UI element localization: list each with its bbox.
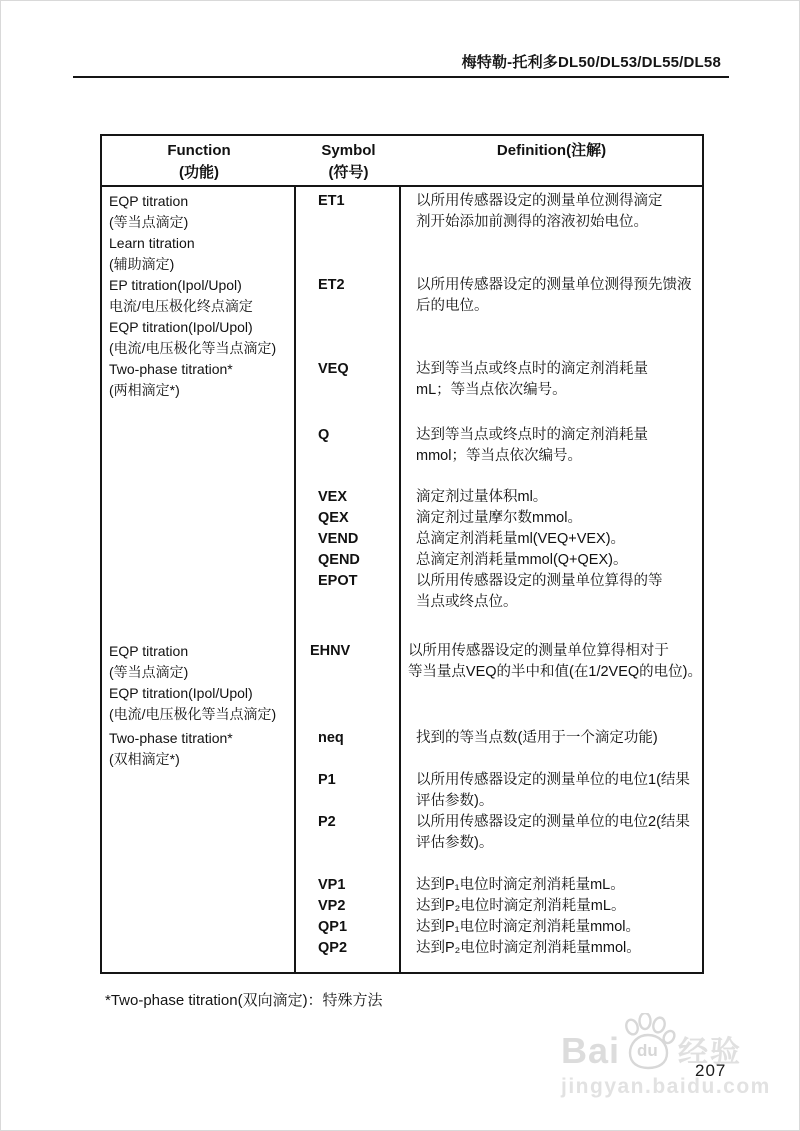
definition-line: 当点或终点位。 (416, 592, 702, 613)
definition-cell: 滴定剂过量摩尔数mmol。 (401, 508, 702, 529)
column-header-definition-label: Definition(注解) (401, 140, 702, 162)
table-row-group: VP1达到P₁电位时滴定剂消耗量mL。VP2达到P₂电位时滴定剂消耗量mL。QP… (102, 875, 702, 959)
table-body: EQP titration(等当点滴定)Learn titration(辅助滴定… (102, 187, 702, 972)
definition-line: 剂开始添加前测得的溶液初始电位。 (416, 212, 702, 233)
function-label: EQP titration(Ipol/Upol) (109, 317, 296, 338)
definition-line: 后的电位。 (416, 296, 702, 317)
definition-line: 评估参数)。 (416, 833, 702, 854)
definition-cell: 以所用传感器设定的测量单位算得的等当点或终点位。 (401, 571, 702, 613)
function-cell: EQP titration(等当点滴定)Learn titration(辅助滴定… (102, 191, 296, 275)
definition-line: 以所用传感器设定的测量单位的电位1(结果 (416, 770, 702, 791)
function-label: Two-phase titration* (109, 728, 296, 749)
column-header-definition: Definition(注解) (401, 136, 702, 185)
definition-line: 以所用传感器设定的测量单位算得相对于 (408, 641, 702, 662)
table-row-group: P1以所用传感器设定的测量单位的电位1(结果评估参数)。 (102, 770, 702, 812)
definition-cell: 达到P₂电位时滴定剂消耗量mL。 (401, 896, 702, 917)
symbol-label: P2 (296, 812, 401, 833)
symbol-label: VEX (296, 487, 401, 508)
table-row: VEX滴定剂过量体积ml。 (296, 487, 702, 508)
column-divider-1 (294, 187, 296, 972)
definition-line: 以所用传感器设定的测量单位测得预先馈液 (416, 275, 702, 296)
paw-icon: du (621, 1013, 677, 1071)
function-label: EQP titration(Ipol/Upol) (109, 683, 288, 704)
definition-cell: 以所用传感器设定的测量单位算得相对于等当量点VEQ的半中和值(在1/2VEQ的电… (393, 641, 702, 683)
table-row-group: VEX滴定剂过量体积ml。QEX滴定剂过量摩尔数mmol。VEND总滴定剂消耗量… (102, 487, 702, 613)
symbol-label: VP2 (296, 896, 401, 917)
table-row: QP1达到P₁电位时滴定剂消耗量mmol。 (296, 917, 702, 938)
definition-line: 以所用传感器设定的测量单位测得滴定 (416, 191, 702, 212)
function-label: EP titration(Ipol/Upol) (109, 275, 296, 296)
function-label: (辅助滴定) (109, 254, 296, 275)
watermark-du-text: du (637, 1041, 658, 1061)
function-label: EQP titration (109, 191, 296, 212)
definition-cell: 达到P₁电位时滴定剂消耗量mmol。 (401, 917, 702, 938)
header-rule (73, 76, 729, 78)
definition-cell: 以所用传感器设定的测量单位的电位1(结果评估参数)。 (401, 770, 702, 812)
column-header-function: Function (功能) (102, 136, 296, 185)
definition-line: 评估参数)。 (416, 791, 702, 812)
function-cell: Two-phase titration*(双相滴定*) (102, 728, 296, 770)
table-row-group: EP titration(Ipol/Upol)电流/电压极化终点滴定EQP ti… (102, 275, 702, 359)
symbol-definition-cell: VEX滴定剂过量体积ml。QEX滴定剂过量摩尔数mmol。VEND总滴定剂消耗量… (296, 487, 702, 613)
symbol-definition-cell: VEQ达到等当点或终点时的滴定剂消耗量mL；等当点依次编号。 (296, 359, 702, 401)
table-row: VEND总滴定剂消耗量ml(VEQ+VEX)。 (296, 529, 702, 550)
running-header-title: 梅特勒-托利多DL50/DL53/DL55/DL58 (462, 51, 721, 72)
function-cell: EQP titration(等当点滴定)EQP titration(Ipol/U… (102, 641, 288, 725)
definition-line: 达到P₂电位时滴定剂消耗量mL。 (416, 896, 702, 917)
function-label: Two-phase titration* (109, 359, 296, 380)
symbol-definition-cell: EHNV以所用传感器设定的测量单位算得相对于等当量点VEQ的半中和值(在1/2V… (288, 641, 702, 683)
function-label: (两相滴定*) (109, 380, 296, 401)
table-row: EHNV以所用传感器设定的测量单位算得相对于等当量点VEQ的半中和值(在1/2V… (288, 641, 702, 683)
definition-line: 以所用传感器设定的测量单位的电位2(结果 (416, 812, 702, 833)
symbol-definition-cell: ET1以所用传感器设定的测量单位测得滴定剂开始添加前测得的溶液初始电位。 (296, 191, 702, 233)
definition-cell: 总滴定剂消耗量ml(VEQ+VEX)。 (401, 529, 702, 550)
symbol-definition-cell: Q达到等当点或终点时的滴定剂消耗量mmol；等当点依次编号。 (296, 425, 702, 467)
definition-cell: 找到的等当点数(适用于一个滴定功能) (401, 728, 702, 749)
table-row-group: EQP titration(等当点滴定)EQP titration(Ipol/U… (102, 641, 702, 725)
symbol-label: ET1 (296, 191, 401, 212)
watermark-url-text: jingyan.baidu.com (561, 1075, 771, 1099)
definition-cell: 滴定剂过量体积ml。 (401, 487, 702, 508)
function-label: (电流/电压极化等当点滴定) (109, 338, 296, 359)
document-page: 梅特勒-托利多DL50/DL53/DL55/DL58 Function (功能)… (0, 0, 800, 1131)
table-row: QP2达到P₂电位时滴定剂消耗量mmol。 (296, 938, 702, 959)
symbol-definition-table: Function (功能) Symbol (符号) Definition(注解)… (100, 134, 704, 974)
symbol-label: VEND (296, 529, 401, 550)
symbol-label: QP2 (296, 938, 401, 959)
table-row-group: Two-phase titration*(双相滴定*)neq找到的等当点数(适用… (102, 728, 702, 770)
symbol-definition-cell: ET2以所用传感器设定的测量单位测得预先馈液后的电位。 (296, 275, 702, 317)
symbol-label: Q (296, 425, 401, 446)
symbol-label: ET2 (296, 275, 401, 296)
table-footnote: *Two-phase titration(双向滴定)：特殊方法 (105, 989, 383, 1010)
column-header-function-zh: (功能) (102, 162, 296, 184)
function-label: 电流/电压极化终点滴定 (109, 296, 296, 317)
definition-line: mmol；等当点依次编号。 (416, 446, 702, 467)
table-row: QEND总滴定剂消耗量mmol(Q+QEX)。 (296, 550, 702, 571)
definition-line: mL；等当点依次编号。 (416, 380, 702, 401)
definition-line: 达到等当点或终点时的滴定剂消耗量 (416, 359, 702, 380)
definition-line: 达到P₁电位时滴定剂消耗量mL。 (416, 875, 702, 896)
table-row: neq找到的等当点数(适用于一个滴定功能) (296, 728, 702, 749)
function-label: (等当点滴定) (109, 662, 288, 683)
table-row: P1以所用传感器设定的测量单位的电位1(结果评估参数)。 (296, 770, 702, 812)
column-divider-2 (399, 187, 401, 972)
definition-line: 达到等当点或终点时的滴定剂消耗量 (416, 425, 702, 446)
function-cell: Two-phase titration*(两相滴定*) (102, 359, 296, 401)
symbol-definition-cell: neq找到的等当点数(适用于一个滴定功能) (296, 728, 702, 749)
symbol-label: neq (296, 728, 401, 749)
definition-line: 等当量点VEQ的半中和值(在1/2VEQ的电位)。 (408, 662, 702, 683)
symbol-label: P1 (296, 770, 401, 791)
symbol-definition-cell: P2以所用传感器设定的测量单位的电位2(结果评估参数)。 (296, 812, 702, 854)
definition-line: 滴定剂过量体积ml。 (416, 487, 702, 508)
symbol-label: QEX (296, 508, 401, 529)
symbol-label: EPOT (296, 571, 401, 592)
table-header-row: Function (功能) Symbol (符号) Definition(注解) (102, 136, 702, 187)
table-row: QEX滴定剂过量摩尔数mmol。 (296, 508, 702, 529)
symbol-definition-cell: P1以所用传感器设定的测量单位的电位1(结果评估参数)。 (296, 770, 702, 812)
definition-cell: 以所用传感器设定的测量单位测得预先馈液后的电位。 (401, 275, 702, 317)
page-number: 207 (695, 1061, 726, 1081)
table-row-group: Q达到等当点或终点时的滴定剂消耗量mmol；等当点依次编号。 (102, 425, 702, 467)
table-row-group: P2以所用传感器设定的测量单位的电位2(结果评估参数)。 (102, 812, 702, 854)
symbol-label: QP1 (296, 917, 401, 938)
table-row: ET1以所用传感器设定的测量单位测得滴定剂开始添加前测得的溶液初始电位。 (296, 191, 702, 233)
table-row: Q达到等当点或终点时的滴定剂消耗量mmol；等当点依次编号。 (296, 425, 702, 467)
definition-line: 以所用传感器设定的测量单位算得的等 (416, 571, 702, 592)
definition-line: 找到的等当点数(适用于一个滴定功能) (416, 728, 702, 749)
definition-cell: 以所用传感器设定的测量单位测得滴定剂开始添加前测得的溶液初始电位。 (401, 191, 702, 233)
definition-cell: 以所用传感器设定的测量单位的电位2(结果评估参数)。 (401, 812, 702, 854)
function-label: (等当点滴定) (109, 212, 296, 233)
function-label: (电流/电压极化等当点滴定) (109, 704, 288, 725)
table-row-group: Two-phase titration*(两相滴定*)VEQ达到等当点或终点时的… (102, 359, 702, 401)
table-row: ET2以所用传感器设定的测量单位测得预先馈液后的电位。 (296, 275, 702, 317)
symbol-label: VP1 (296, 875, 401, 896)
symbol-definition-cell: VP1达到P₁电位时滴定剂消耗量mL。VP2达到P₂电位时滴定剂消耗量mL。QP… (296, 875, 702, 959)
table-row: P2以所用传感器设定的测量单位的电位2(结果评估参数)。 (296, 812, 702, 854)
baidu-jingyan-watermark: Bai du 经验 jingyan.baidu.com (561, 1013, 771, 1099)
column-header-symbol: Symbol (符号) (296, 136, 401, 185)
table-row: VP1达到P₁电位时滴定剂消耗量mL。 (296, 875, 702, 896)
table-row: VEQ达到等当点或终点时的滴定剂消耗量mL；等当点依次编号。 (296, 359, 702, 401)
definition-cell: 达到等当点或终点时的滴定剂消耗量mL；等当点依次编号。 (401, 359, 702, 401)
table-row: VP2达到P₂电位时滴定剂消耗量mL。 (296, 896, 702, 917)
function-label: (双相滴定*) (109, 749, 296, 770)
symbol-label: QEND (296, 550, 401, 571)
table-row: EPOT以所用传感器设定的测量单位算得的等当点或终点位。 (296, 571, 702, 613)
definition-line: 滴定剂过量摩尔数mmol。 (416, 508, 702, 529)
symbol-label: VEQ (296, 359, 401, 380)
definition-cell: 达到P₁电位时滴定剂消耗量mL。 (401, 875, 702, 896)
function-cell: EP titration(Ipol/Upol)电流/电压极化终点滴定EQP ti… (102, 275, 296, 359)
definition-line: 达到P₂电位时滴定剂消耗量mmol。 (416, 938, 702, 959)
watermark-logo-row: Bai du 经验 (561, 1013, 771, 1071)
function-label: Learn titration (109, 233, 296, 254)
column-header-symbol-en: Symbol (296, 140, 401, 162)
definition-line: 总滴定剂消耗量mmol(Q+QEX)。 (416, 550, 702, 571)
definition-cell: 总滴定剂消耗量mmol(Q+QEX)。 (401, 550, 702, 571)
function-label: EQP titration (109, 641, 288, 662)
symbol-label: EHNV (288, 641, 393, 662)
table-row-group: EQP titration(等当点滴定)Learn titration(辅助滴定… (102, 191, 702, 275)
column-header-function-en: Function (102, 140, 296, 162)
definition-cell: 达到等当点或终点时的滴定剂消耗量mmol；等当点依次编号。 (401, 425, 702, 467)
watermark-bai-text: Bai (561, 1031, 620, 1071)
definition-line: 达到P₁电位时滴定剂消耗量mmol。 (416, 917, 702, 938)
column-header-symbol-zh: (符号) (296, 162, 401, 184)
definition-cell: 达到P₂电位时滴定剂消耗量mmol。 (401, 938, 702, 959)
definition-line: 总滴定剂消耗量ml(VEQ+VEX)。 (416, 529, 702, 550)
